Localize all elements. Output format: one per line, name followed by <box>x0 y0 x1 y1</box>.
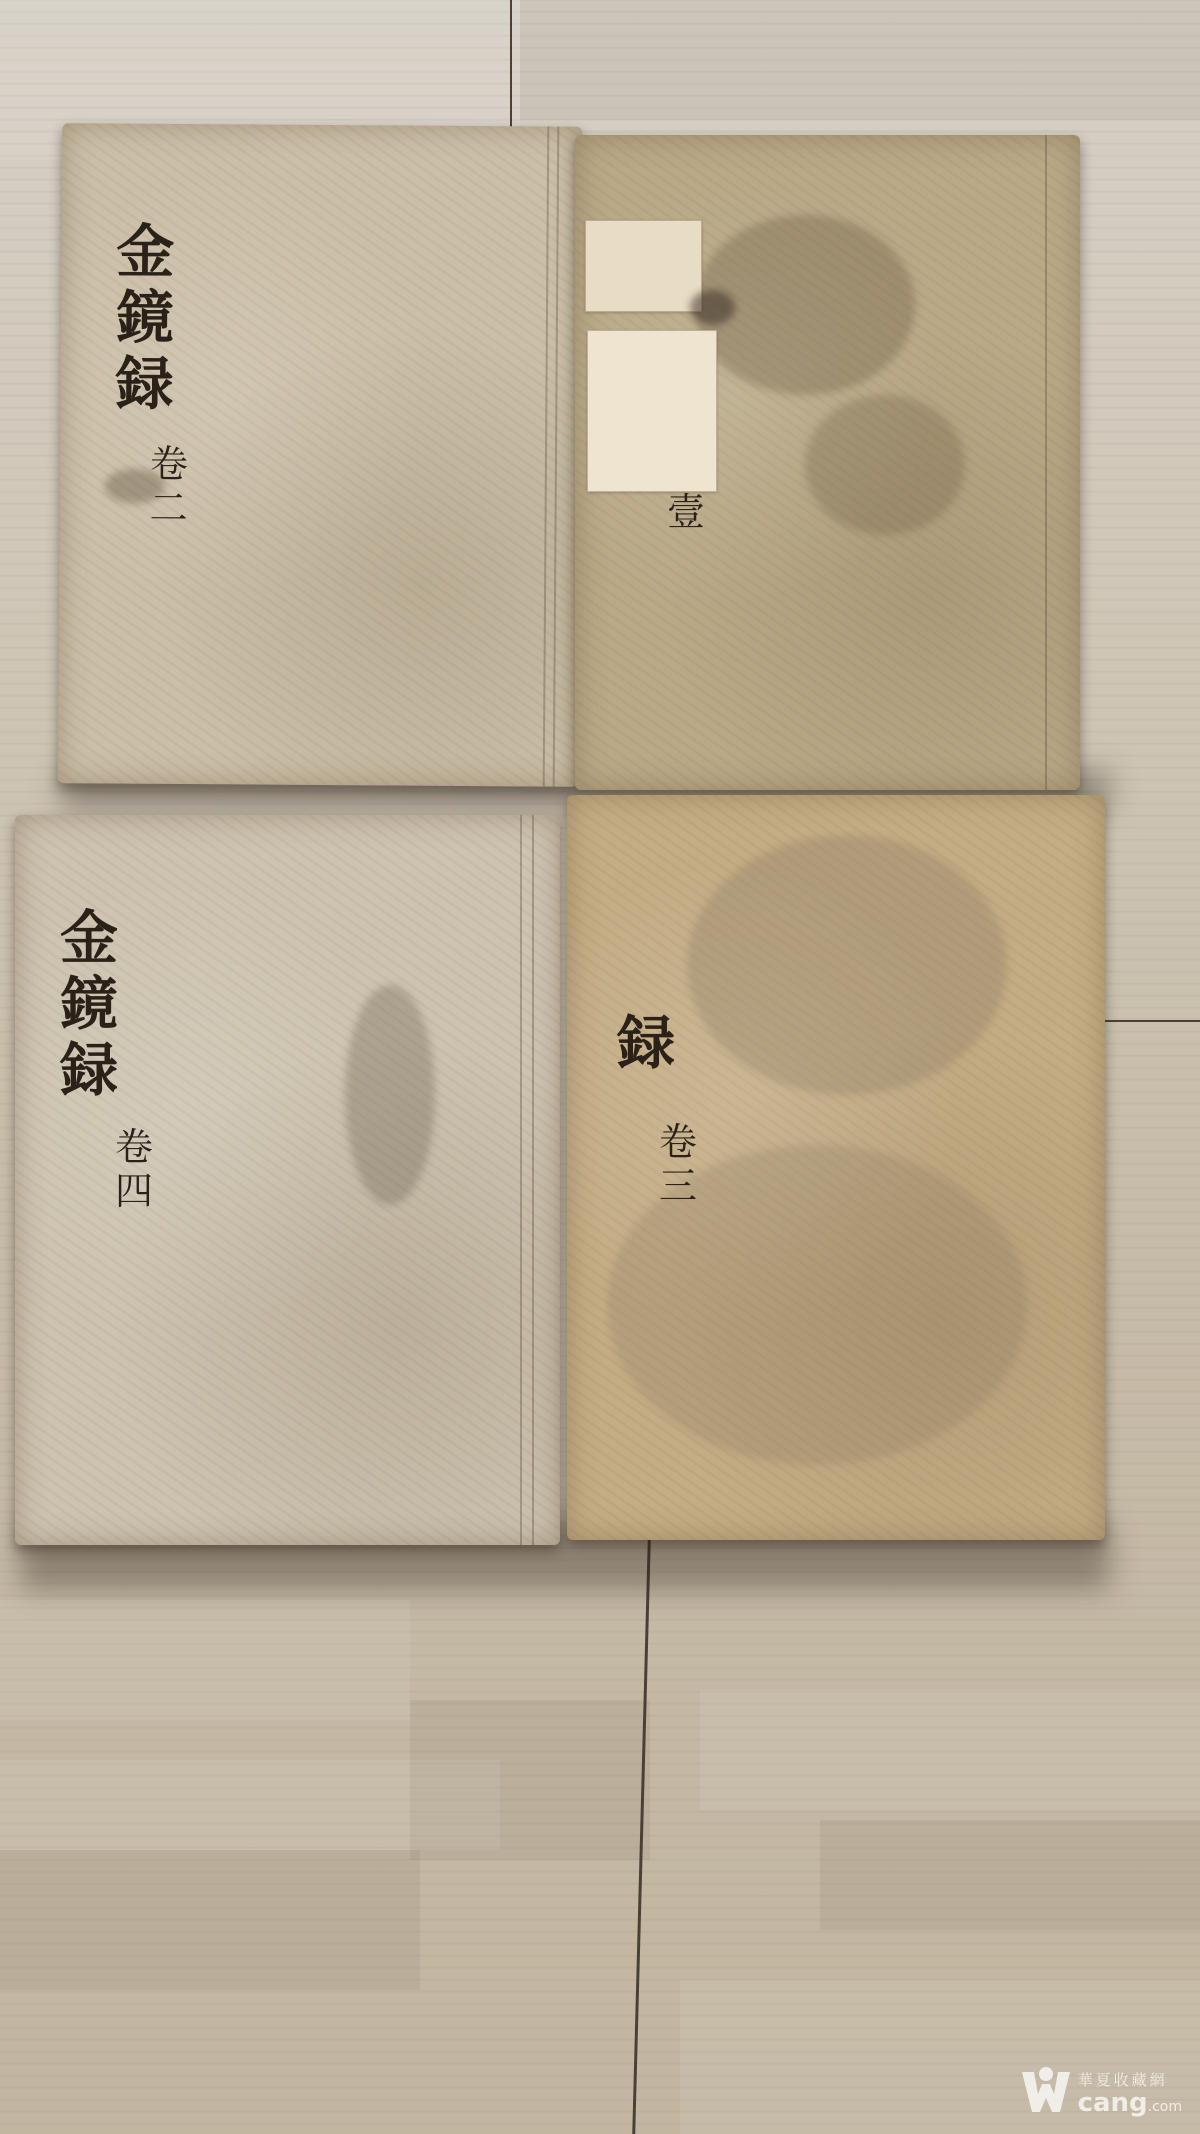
floor-plank <box>820 1820 1200 1930</box>
watermark-brand: cang <box>1078 2088 1148 2118</box>
stain <box>105 468 165 503</box>
floor-plank <box>0 1760 500 1850</box>
cang-logo-icon <box>1020 2064 1072 2120</box>
book-title: 金 鏡 録 <box>60 905 118 1103</box>
floor-seam <box>510 0 512 130</box>
floor-plank <box>0 1850 420 1990</box>
stain <box>690 290 735 325</box>
stain <box>687 835 1007 1095</box>
floor-seam <box>1090 1020 1200 1022</box>
binding-line <box>532 815 534 1545</box>
stain <box>345 985 435 1205</box>
volume-label: 卷 三 <box>659 1120 697 1208</box>
book-volume-3: 録 卷 三 <box>567 795 1105 1540</box>
binding-line <box>520 815 522 1545</box>
floor-plank <box>0 1600 410 1720</box>
book-title: 録 <box>617 1010 675 1076</box>
volume-label: 壹 <box>667 490 705 534</box>
binding-line <box>553 127 560 787</box>
book-volume-1: 壹 <box>575 135 1080 790</box>
book-title: 金 鏡 録 <box>115 219 174 417</box>
volume-label: 卷 四 <box>115 1125 153 1213</box>
floor-plank <box>520 0 1200 120</box>
binding-line <box>1045 135 1047 790</box>
stain <box>805 395 965 535</box>
watermark-chinese: 華夏收藏網 <box>1078 2069 1182 2090</box>
book-volume-4: 金 鏡 録 卷 四 <box>15 815 560 1545</box>
book-volume-2: 金 鏡 録 卷 二 <box>58 123 583 787</box>
paper-label <box>585 220 702 312</box>
paper-label <box>587 330 717 492</box>
watermark-suffix: .com <box>1148 2099 1182 2115</box>
watermark: 華夏收藏網 cang.com <box>1020 2064 1182 2120</box>
binding-line <box>543 127 550 787</box>
floor-plank <box>700 1690 1200 1810</box>
